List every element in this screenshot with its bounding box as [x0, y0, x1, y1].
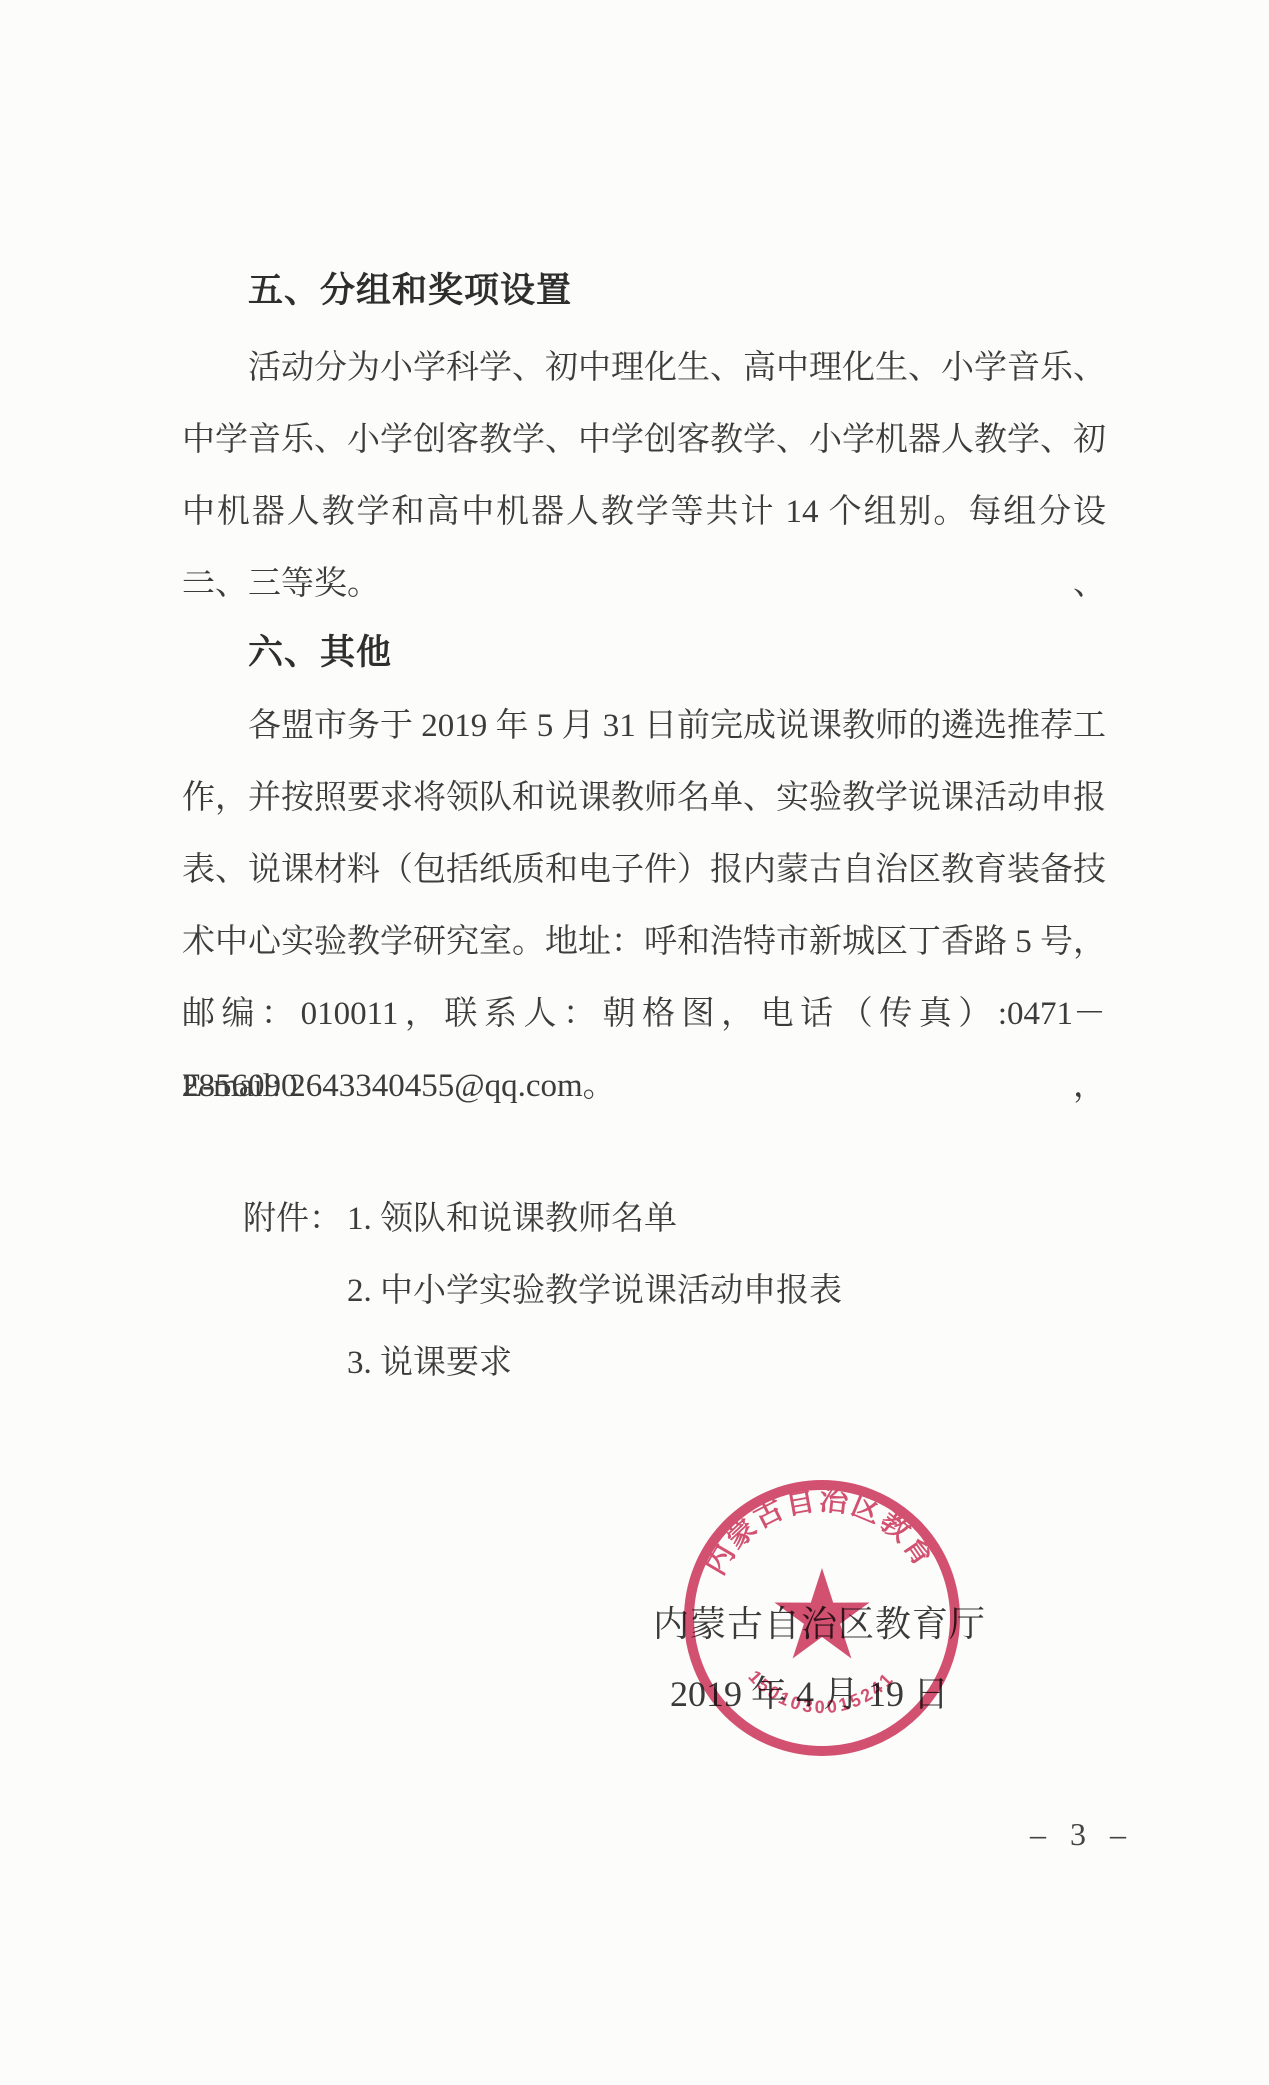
- official-seal: 内蒙古自治区教育厅 1501030015241: [672, 1468, 972, 1768]
- attachments-list: 1. 领队和说课教师名单 2. 中小学实验教学说课活动申报表 3. 说课要求: [347, 1183, 842, 1399]
- paragraph-line: 中学音乐、小学创客教学、中学创客教学、小学机器人教学、初: [182, 404, 1106, 476]
- paragraph-line: 中机器人教学和高中机器人教学等共计 14 个组别。每组分设一、: [182, 476, 1106, 548]
- attachments-block: 附件： 1. 领队和说课教师名单 2. 中小学实验教学说课活动申报表 3. 说课…: [243, 1183, 842, 1399]
- seal-star-icon: [774, 1568, 869, 1659]
- paragraph-line: 表、说课材料（包括纸质和电子件）报内蒙古自治区教育装备技: [182, 834, 1106, 906]
- svg-text:1501030015241: 1501030015241: [744, 1666, 898, 1717]
- document-page: 五、分组和奖项设置 活动分为小学科学、初中理化生、高中理化生、小学音乐、 中学音…: [0, 0, 1269, 2085]
- section-5-heading: 五、分组和奖项设置: [248, 268, 572, 313]
- attachment-item: 2. 中小学实验教学说课活动申报表: [347, 1255, 842, 1327]
- attachment-item: 3. 说课要求: [347, 1327, 842, 1399]
- attachment-item: 1. 领队和说课教师名单: [347, 1183, 842, 1255]
- section-6-paragraph: 各盟市务于 2019 年 5 月 31 日前完成说课教师的遴选推荐工 作，并按照…: [182, 690, 1106, 1122]
- section-5-paragraph: 活动分为小学科学、初中理化生、高中理化生、小学音乐、 中学音乐、小学创客教学、中…: [182, 332, 1106, 620]
- seal-serial-number: 1501030015241: [744, 1666, 898, 1717]
- attachments-label: 附件：: [243, 1183, 342, 1255]
- page-number: – 3 –: [1030, 1814, 1134, 1854]
- paragraph-line: 术中心实验教学研究室。地址：呼和浩特市新城区丁香路 5 号，: [182, 906, 1106, 978]
- paragraph-line: 邮编：010011，联系人：朝格图，电话（传真）:0471－2856090，: [182, 978, 1106, 1050]
- paragraph-line: 各盟市务于 2019 年 5 月 31 日前完成说课教师的遴选推荐工: [182, 690, 1106, 762]
- paragraph-line: 作，并按照要求将领队和说课教师名单、实验教学说课活动申报: [182, 762, 1106, 834]
- section-6-heading: 六、其他: [248, 630, 392, 675]
- paragraph-line: 活动分为小学科学、初中理化生、高中理化生、小学音乐、: [182, 332, 1106, 404]
